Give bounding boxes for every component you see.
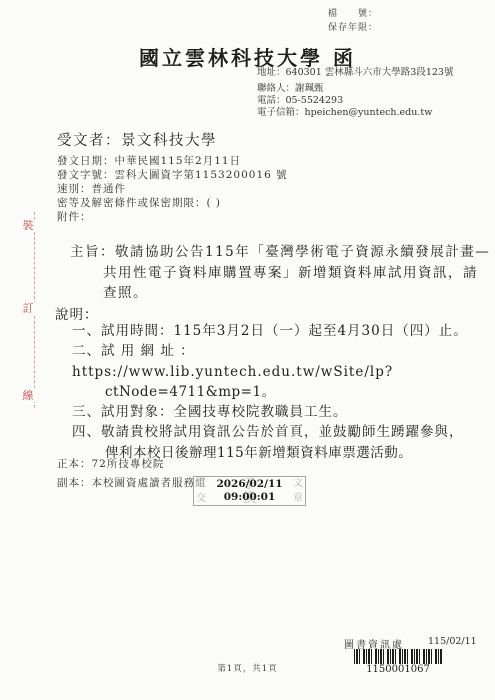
explanation-item-2-line-2: ctNode=4711&mp=1。 (72, 382, 495, 402)
stamp-char-zhang: 章 (293, 493, 303, 504)
security-class-line: 密等及解密條件或保密期限：( ) (57, 196, 288, 210)
subject-block: 主旨：敬請協助公告115年「臺灣學術電子資源永續發展計畫— 共用性電子資料庫購置… (70, 242, 490, 304)
department-stamp-date: 115/02/11 (428, 636, 477, 647)
issue-number-line: 發文字號：雲科大圖資字第1153200016 號 (57, 168, 288, 182)
binding-mark-xian: 線 (21, 389, 35, 402)
document-meta-block: 發文日期：中華民國115年2月11日 發文字號：雲科大圖資字第115320001… (57, 154, 288, 224)
stamp-left-characters: 電 交 (194, 477, 208, 505)
stamp-char-jiao: 交 (196, 493, 206, 504)
sender-phone: 電話：05-5524293 (257, 95, 453, 107)
stamp-datetime: 子 換 2026/02/11 09:00:01 (208, 477, 291, 505)
explanation-heading: 說明： (55, 303, 99, 323)
electronic-exchange-stamp: 電 交 子 換 2026/02/11 09:00:01 文 章 (193, 476, 306, 506)
sender-contact-person: 聯絡人：謝珮甄 (257, 83, 453, 95)
carbon-copy-line: 副本：本校圖資處讀者服務組 (57, 474, 207, 493)
official-letter-page: 檔 號： 保存年限： 國立雲林科技大學 函 地址：640301 雲林縣斗六市大學… (0, 0, 495, 700)
attachment-line: 附件： (57, 210, 288, 224)
stamp-date: 2026/02/11 (208, 478, 291, 491)
file-number-label: 檔 號： (328, 6, 378, 19)
stamp-char-wen: 文 (293, 478, 303, 489)
issue-date-line: 發文日期：中華民國115年2月11日 (57, 154, 288, 168)
page-number-footer: 第1頁，共1頁 (0, 662, 495, 674)
distribution-block: 正本：72所技專校院 副本：本校圖資處讀者服務組 (57, 455, 207, 493)
speed-class-line: 速別：普通件 (57, 182, 288, 196)
explanation-item-1: 一、試用時間：115年3月2日（一）起至4月30日（四）止。 (72, 321, 495, 341)
stamp-char-dian: 電 (196, 478, 206, 489)
retention-period-label: 保存年限： (328, 20, 378, 33)
recipient-line: 受文者：景文科技大學 (57, 129, 217, 150)
stamp-right-characters: 文 章 (291, 477, 305, 505)
original-copy-line: 正本：72所技專校院 (57, 455, 207, 474)
binding-mark-ding: 訂 (21, 302, 35, 315)
stamp-time: 09:00:01 (208, 491, 291, 504)
sender-info-block: 地址：640301 雲林縣斗六市大學路3段123號 聯絡人：謝珮甄 電話：05-… (257, 67, 453, 119)
subject-line-1: 主旨：敬請協助公告115年「臺灣學術電子資源永續發展計畫— (70, 242, 490, 263)
explanation-item-4-line-1: 四、敬請貴校將試用資訊公告於首頁，並鼓勵師生踴躍參與， (72, 422, 495, 442)
explanation-items: 一、試用時間：115年3月2日（一）起至4月30日（四）止。 二、試 用 網 址… (72, 321, 495, 463)
sender-email: 電子信箱：hpeichen@yuntech.edu.tw (257, 107, 453, 119)
explanation-item-3: 三、試用對象：全國技專校院教職員工生。 (72, 402, 495, 422)
subject-line-2: 共用性電子資料庫購置專案」新增類資料庫試用資訊，請 (70, 263, 490, 284)
binding-mark-zhuang: 裝 (21, 219, 35, 232)
subject-line-3: 查照。 (70, 283, 490, 304)
sender-address: 地址：640301 雲林縣斗六市大學路3段123號 (257, 67, 453, 79)
explanation-item-2-line-1: 二、試 用 網 址 ： https://www.lib.yuntech.edu.… (72, 341, 495, 382)
